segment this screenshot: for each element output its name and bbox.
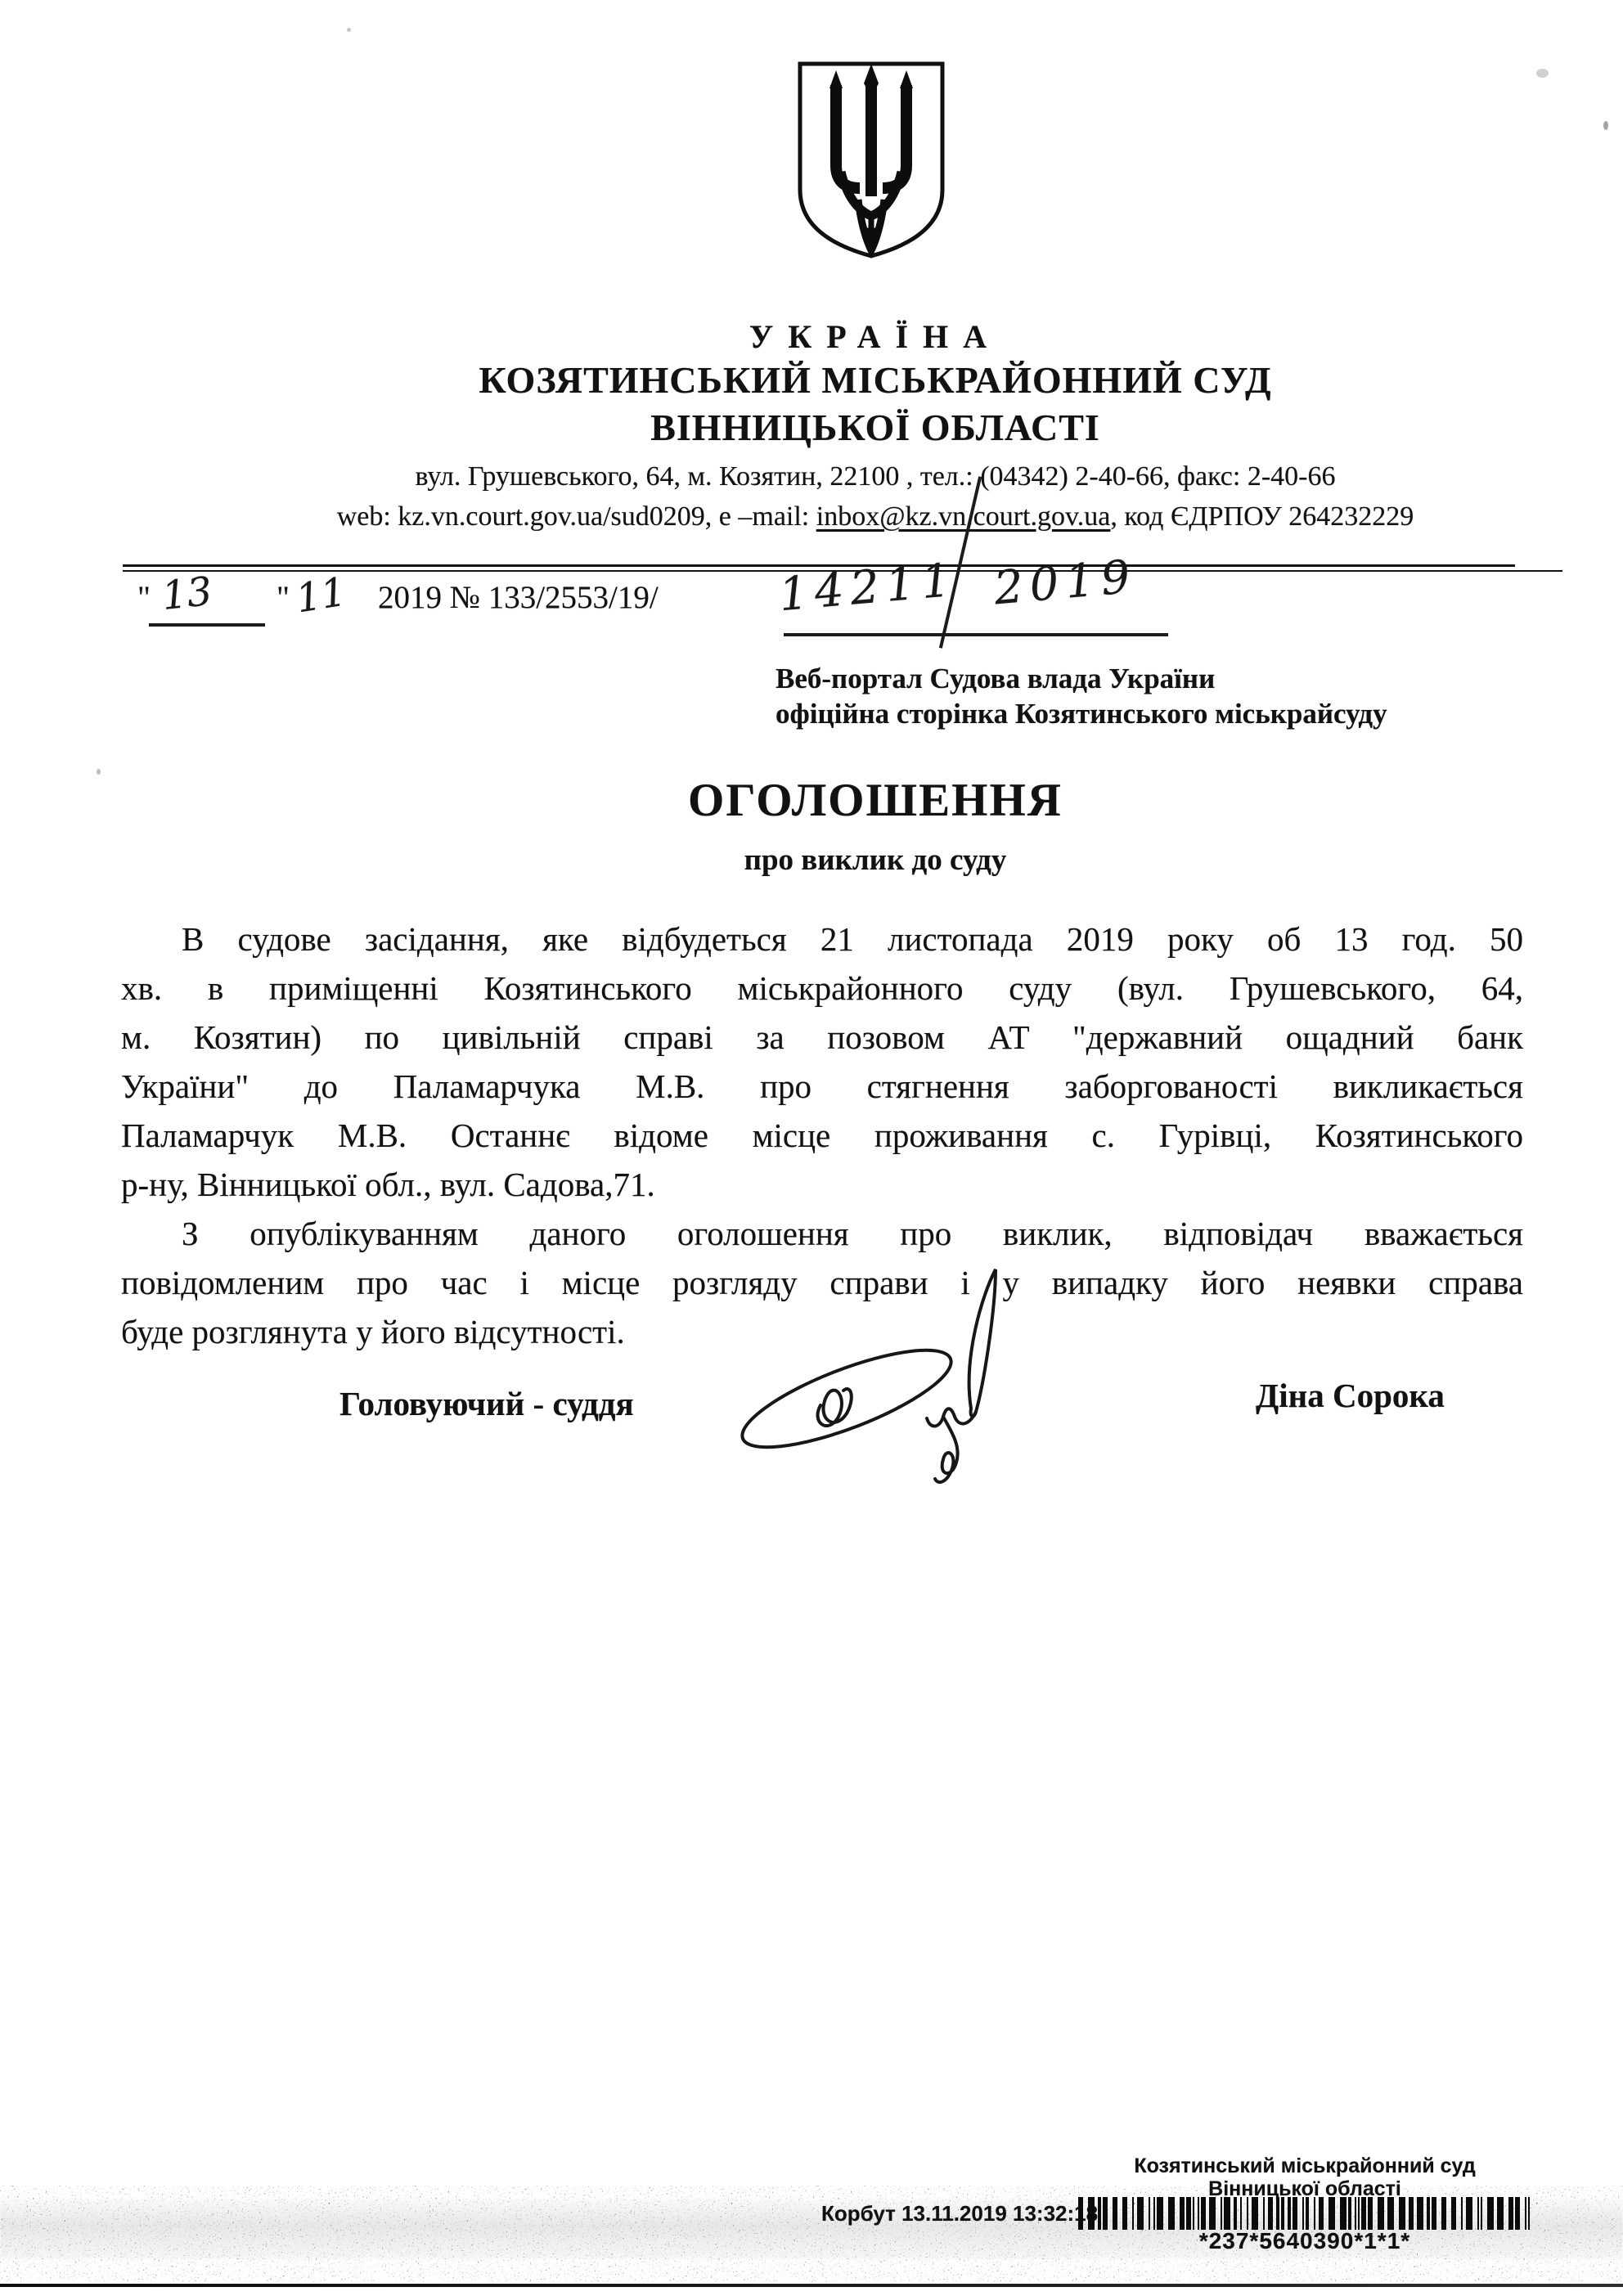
addressee-line-2: офіційна сторінка Козятинського міськрай… bbox=[776, 698, 1387, 730]
ref-typed-number: 2019 № 133/2553/19/ bbox=[378, 579, 659, 616]
web-prefix: web: kz.vn.court.gov.ua/sud0209, e –mail… bbox=[337, 501, 816, 532]
body-line: м. Козятин) по цивільній справі за позов… bbox=[121, 1013, 1523, 1062]
stamp-operator-timestamp: Корбут 13.11.2019 13:32:18 bbox=[821, 2201, 1098, 2226]
letterhead-country: УКРАЇНА bbox=[131, 317, 1620, 356]
scan-speck bbox=[347, 28, 351, 32]
body-line: хв. в приміщенні Козятинського міськрайо… bbox=[121, 964, 1523, 1013]
page-bottom-rule bbox=[0, 2284, 1623, 2287]
handwritten-day: 13 bbox=[160, 568, 214, 619]
handwritten-case-number-2: 2019 bbox=[991, 550, 1139, 616]
stamp-court-name: Козятинський міськрайонний суд bbox=[1051, 2154, 1558, 2178]
addressee-line-1: Веб-портал Судова влада України bbox=[776, 663, 1215, 695]
body-line: З опублікуванням даного оголошення про в… bbox=[121, 1209, 1523, 1258]
ref-close-quote: " bbox=[276, 579, 290, 616]
ref-open-quote: " bbox=[137, 579, 151, 616]
judge-name: Діна Сорока bbox=[1256, 1376, 1445, 1415]
letterhead-address: вул. Грушевського, 64, м. Козятин, 22100… bbox=[131, 461, 1620, 492]
scanned-court-document: УКРАЇНА КОЗЯТИНСЬКИЙ МІСЬКРАЙОННИЙ СУД В… bbox=[0, 0, 1623, 2296]
handwritten-number-underline bbox=[784, 633, 1168, 636]
document-subtitle: про виклик до суду bbox=[131, 842, 1620, 878]
handwritten-month: 11 bbox=[293, 569, 349, 622]
body-line: Паламарчук М.В. Останнє відоме місце про… bbox=[121, 1111, 1523, 1160]
document-title: ОГОЛОШЕННЯ bbox=[131, 774, 1620, 827]
scan-speck bbox=[1536, 69, 1549, 78]
barcode-value: *237*5640390*1*1* bbox=[1051, 2228, 1558, 2254]
body-line: р-ну, Вінницької обл., вул. Садова,71. bbox=[121, 1160, 1523, 1209]
barcode bbox=[1078, 2197, 1549, 2230]
body-line: України" до Паламарчука М.В. про стягнен… bbox=[121, 1062, 1523, 1111]
letterhead-court-name: КОЗЯТИНСЬКИЙ МІСЬКРАЙОННИЙ СУД bbox=[131, 358, 1620, 402]
body-line: В судове засідання, яке відбудеться 21 л… bbox=[121, 914, 1523, 964]
signature-scribble bbox=[732, 1260, 1068, 1497]
letterhead-contacts: web: kz.vn.court.gov.ua/sud0209, e –mail… bbox=[131, 501, 1620, 532]
barcode-bars bbox=[1078, 2197, 1531, 2211]
email-address: inbox@kz.vn.court.gov.ua bbox=[816, 501, 1111, 532]
ukraine-trident-emblem bbox=[789, 59, 953, 262]
scan-speck bbox=[97, 769, 101, 775]
day-underline bbox=[149, 623, 265, 627]
scan-speck bbox=[1603, 121, 1608, 130]
edrpou-code: , код ЄДРПОУ 264232229 bbox=[1110, 501, 1414, 532]
letterhead-region: ВІННИЦЬКОЇ ОБЛАСТІ bbox=[131, 406, 1620, 449]
judge-role-label: Головуючий - суддя bbox=[339, 1384, 634, 1423]
